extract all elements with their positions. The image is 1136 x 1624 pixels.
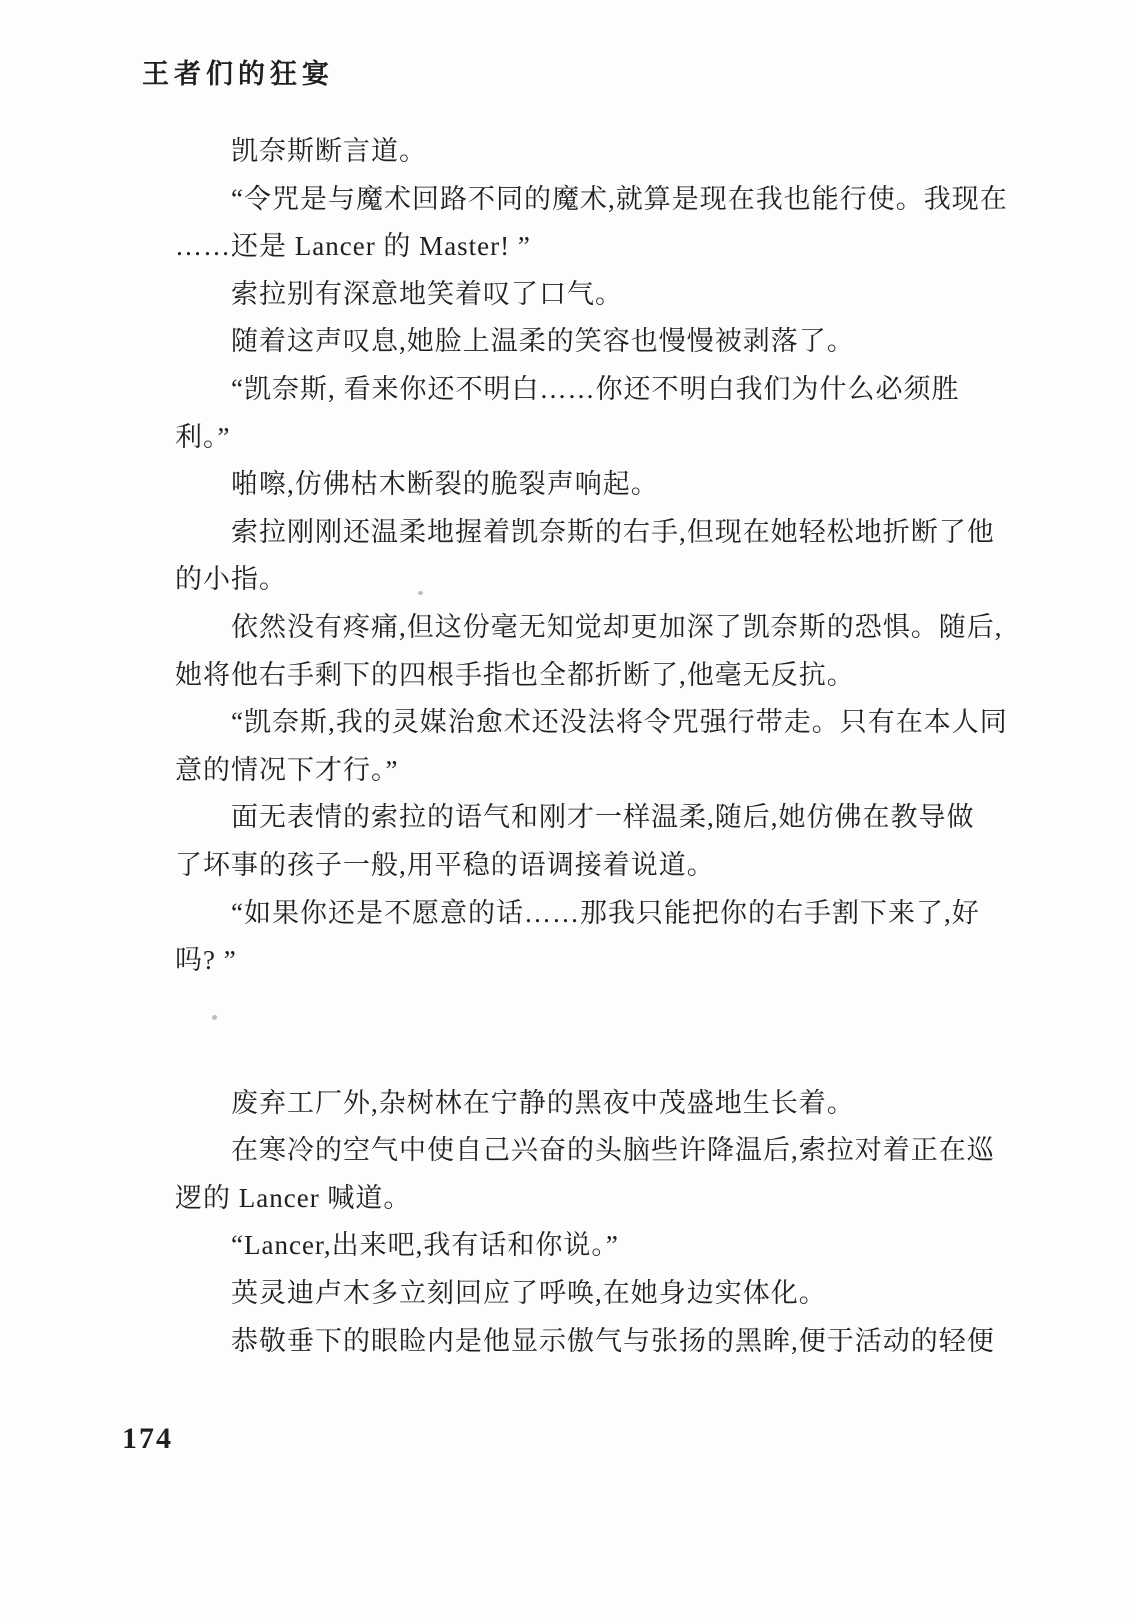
text-line: “凯奈斯,我的灵媒治愈术还没法将令咒强行带走。只有在本人同 <box>175 699 975 747</box>
text-line: ……还是 Lancer 的 Master! ” <box>175 223 975 271</box>
text-line: 她将他右手剩下的四根手指也全都折断了,他毫无反抗。 <box>175 652 975 700</box>
text-line: 索拉别有深意地笑着叹了口气。 <box>175 271 975 319</box>
text-line: 利。” <box>175 414 975 462</box>
scan-speck <box>212 1015 217 1020</box>
text-line: “Lancer,出来吧,我有话和你说。” <box>175 1222 975 1270</box>
text-line: 随着这声叹息,她脸上温柔的笑容也慢慢被剥落了。 <box>175 318 975 366</box>
text-line: 在寒冷的空气中使自己兴奋的头脑些许降温后,索拉对着正在巡 <box>175 1127 975 1175</box>
page-number: 174 <box>122 1422 173 1456</box>
text-line: 的小指。 <box>175 556 975 604</box>
text-line: “令咒是与魔术回路不同的魔术,就算是现在我也能行使。我现在 <box>175 176 975 224</box>
text-line: 废弃工厂外,杂树林在宁静的黑夜中茂盛地生长着。 <box>175 1080 975 1128</box>
text-line: 意的情况下才行。” <box>175 747 975 795</box>
running-header: 王者们的狂宴 <box>142 52 334 91</box>
text-line: 逻的 Lancer 喊道。 <box>175 1175 975 1223</box>
text-line: 吗? ” <box>175 937 975 985</box>
text-line: 啪嚓,仿佛枯木断裂的脆裂声响起。 <box>175 461 975 509</box>
text-line: 依然没有疼痛,但这份毫无知觉却更加深了凯奈斯的恐惧。随后, <box>175 604 975 652</box>
text-line: 恭敬垂下的眼睑内是他显示傲气与张扬的黑眸,便于活动的轻便 <box>175 1318 975 1366</box>
text-line: 了坏事的孩子一般,用平稳的语调接着说道。 <box>175 842 975 890</box>
scan-speck <box>418 591 423 595</box>
scene-break-spacer <box>175 985 975 1080</box>
scanned-book-page: 王者们的狂宴 凯奈斯断言道。 “令咒是与魔术回路不同的魔术,就算是现在我也能行使… <box>0 0 1136 1624</box>
text-line: 索拉刚刚还温柔地握着凯奈斯的右手,但现在她轻松地折断了他 <box>175 509 975 557</box>
text-line: “凯奈斯, 看来你还不明白……你还不明白我们为什么必须胜 <box>175 366 975 414</box>
text-line: “如果你还是不愿意的话……那我只能把你的右手割下来了,好 <box>175 890 975 938</box>
text-line: 面无表情的索拉的语气和刚才一样温柔,随后,她仿佛在教导做 <box>175 794 975 842</box>
text-line: 凯奈斯断言道。 <box>175 128 975 176</box>
text-line: 英灵迪卢木多立刻回应了呼唤,在她身边实体化。 <box>175 1270 975 1318</box>
body-text: 凯奈斯断言道。 “令咒是与魔术回路不同的魔术,就算是现在我也能行使。我现在 ……… <box>175 128 975 1365</box>
